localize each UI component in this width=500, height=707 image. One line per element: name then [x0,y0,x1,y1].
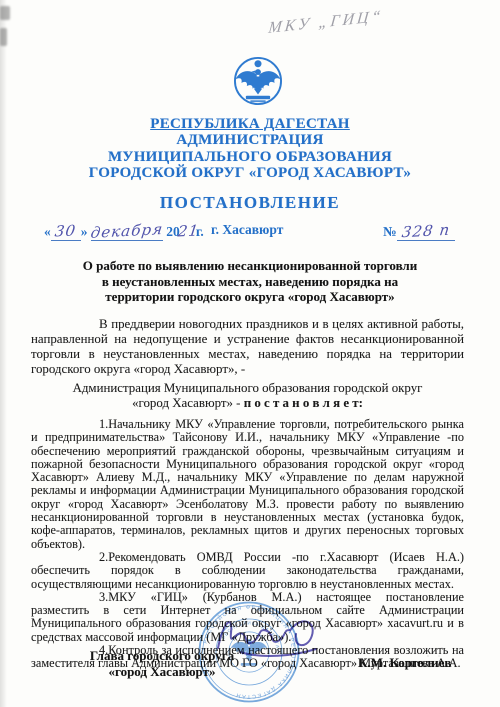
handwritten-year: 21 [177,221,200,240]
letterhead-line-municipality: МУНИЦИПАЛЬНОГО ОБРАЗОВАНИЯ [0,149,500,165]
date-group: «30» декабря 2021г. [44,222,204,241]
intro-paragraph: В преддверии новогодних праздников и в ц… [31,317,464,377]
number-blank: 328 п [397,222,455,241]
resolve-verb: п о с т а н о в л я е т: [244,396,363,410]
handwritten-number: 328 п [400,221,451,241]
dagestan-coat-of-arms-icon [226,46,290,116]
close-quote: » [81,224,88,239]
item-paragraph-2: 2.Рекомендовать ОМВД России -по г.Хасавю… [31,551,464,591]
scan-smudge [0,28,7,46]
handwritten-month: декабря [89,220,164,242]
letterhead-line-city: ГОРОДСКОЙ ОКРУГ «ГОРОД ХАСАВЮРТ» [0,165,500,181]
open-quote: « [44,224,51,239]
handwritten-day: 30 [54,221,77,240]
issuing-city: г. Хасавюрт [211,222,283,238]
signatory-name: К.М. Корголиев [358,655,451,671]
scan-smudge [0,6,10,20]
scan-edge-shadow [0,0,7,707]
handwritten-annotation: МКУ „ГИЦ“ [267,4,418,38]
resolve-line-2-prefix: «город Хасавюрт» - [132,396,244,410]
letterhead-line-republic: РЕСПУБЛИКА ДАГЕСТАН [0,116,500,132]
scanned-document-page: МКУ „ГИЦ“ РЕСПУБЛИКА ДАГЕСТАН АДМИНИСТРА… [0,0,500,707]
letterhead: РЕСПУБЛИКА ДАГЕСТАН АДМИНИСТРАЦИЯ МУНИЦИ… [0,116,500,182]
item-paragraph-1: 1.Начальнику МКУ «Управление торговли, п… [31,418,464,551]
document-subject: О работе по выявлению несанкционированно… [78,258,422,305]
month-blank: декабря [91,222,163,241]
number-sign: № [383,224,397,239]
resolve-line-1: Администрация Муниципального образования… [73,381,423,395]
signature-scribble-icon [210,602,350,672]
date-and-number-line: «30» декабря 2021г. г. Хасавюрт №328 п [0,220,500,244]
resolve-clause: Администрация Муниципального образования… [31,381,464,411]
letterhead-line-administration: АДМИНИСТРАЦИЯ [0,132,500,148]
day-blank: 30 [51,222,81,241]
number-group: №328 п [383,222,455,241]
document-type-title: ПОСТАНОВЛЕНИЕ [0,193,500,213]
